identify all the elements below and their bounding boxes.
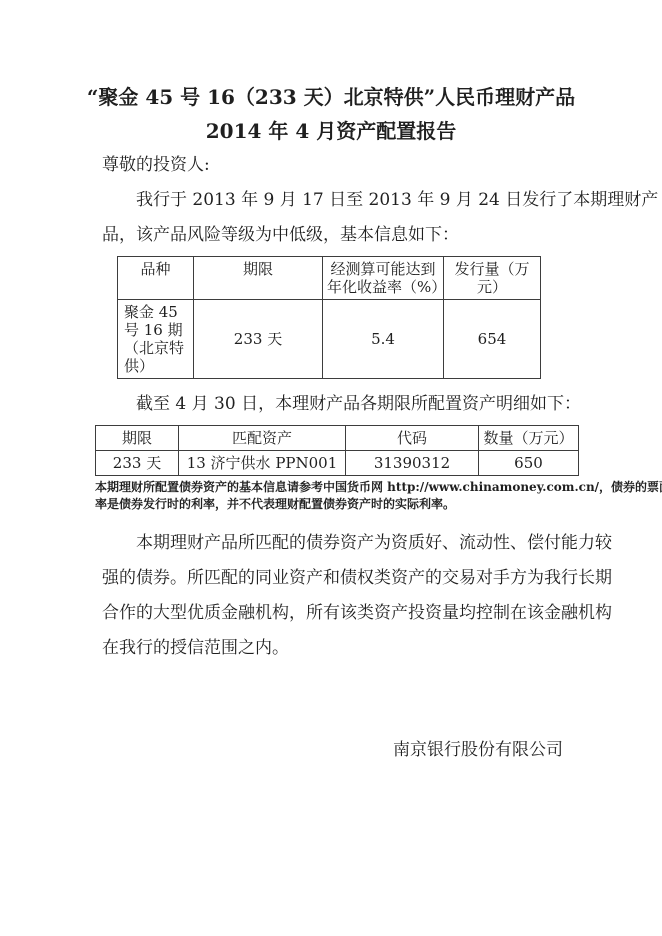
t2-header-asset: 匹配资产 <box>179 426 346 451</box>
t2-header-amount: 数量（万元） <box>479 426 579 451</box>
t2-cell-asset: 13 济宁供水 PPN001 <box>179 451 346 476</box>
table-header-row: 品种 期限 经测算可能达到年化收益率（%） 发行量（万元） <box>118 257 541 300</box>
product-basic-info-table: 品种 期限 经测算可能达到年化收益率（%） 发行量（万元） 聚金 45 号 16… <box>117 256 541 379</box>
table-row: 聚金 45 号 16 期（北京特供） 233 天 5.4 654 <box>118 300 541 379</box>
t2-cell-code: 31390312 <box>346 451 479 476</box>
closing-paragraph: 本期理财产品所匹配的债券资产为资质好、流动性、偿付能力较 强的债券。所匹配的同业… <box>102 526 560 666</box>
issuer-signature: 南京银行股份有限公司 <box>0 737 563 763</box>
t1-cell-issuance: 654 <box>444 300 541 379</box>
intro-paragraph-line1: 我行于 2013 年 9 月 17 日至 2013 年 9 月 24 日发行了本… <box>102 183 560 218</box>
t2-header-term: 期限 <box>96 426 179 451</box>
intro-paragraph: 我行于 2013 年 9 月 17 日至 2013 年 9 月 24 日发行了本… <box>102 183 560 253</box>
table-row: 233 天 13 济宁供水 PPN001 31390312 650 <box>96 451 579 476</box>
closing-paragraph-line2: 强的债券。所匹配的同业资产和债权类资产的交易对手方为我行长期 <box>102 561 560 596</box>
footnote-line1: 本期理财所配置债券资产的基本信息请参考中国货币网 http://www.chin… <box>95 479 578 496</box>
closing-paragraph-line3: 合作的大型优质金融机构，所有该类资产投资量均控制在该金融机构 <box>102 596 560 631</box>
asset-detail-intro: 截至 4 月 30 日，本理财产品各期限所配置资产明细如下： <box>102 387 560 422</box>
footnote-line2: 率是债券发行时的利率，并不代表理财配置债券资产时的实际利率。 <box>95 496 578 513</box>
t1-header-product: 品种 <box>118 257 194 300</box>
t1-cell-term: 233 天 <box>194 300 323 379</box>
t2-cell-term: 233 天 <box>96 451 179 476</box>
closing-paragraph-line4: 在我行的授信范围之内。 <box>102 631 560 666</box>
salutation: 尊敬的投资人: <box>102 152 560 178</box>
closing-paragraph-line1: 本期理财产品所匹配的债券资产为资质好、流动性、偿付能力较 <box>102 526 560 561</box>
bond-info-footnote: 本期理财所配置债券资产的基本信息请参考中国货币网 http://www.chin… <box>95 479 578 513</box>
t1-cell-product: 聚金 45 号 16 期（北京特供） <box>118 300 194 379</box>
document-title-line2: 2014 年 4 月资产配置报告 <box>0 118 662 144</box>
document-page: “聚金 45 号 16（233 天）北京特供”人民币理财产品 2014 年 4 … <box>0 0 662 936</box>
intro-paragraph-line2: 品，该产品风险等级为中低级，基本信息如下： <box>102 218 560 253</box>
asset-detail-table: 期限 匹配资产 代码 数量（万元） 233 天 13 济宁供水 PPN001 3… <box>95 425 579 476</box>
t2-cell-amount: 650 <box>479 451 579 476</box>
t1-header-yield: 经测算可能达到年化收益率（%） <box>323 257 444 300</box>
table-header-row: 期限 匹配资产 代码 数量（万元） <box>96 426 579 451</box>
t1-cell-yield: 5.4 <box>323 300 444 379</box>
t1-header-issuance: 发行量（万元） <box>444 257 541 300</box>
t2-header-code: 代码 <box>346 426 479 451</box>
t1-header-term: 期限 <box>194 257 323 300</box>
document-title-line1: “聚金 45 号 16（233 天）北京特供”人民币理财产品 <box>0 84 662 110</box>
